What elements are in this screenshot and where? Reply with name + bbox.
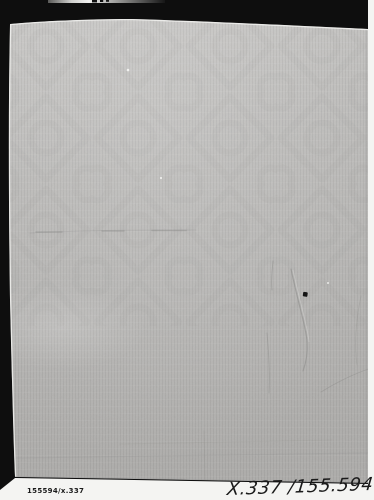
textile-photo	[0, 0, 374, 500]
ink-spot	[303, 292, 308, 297]
textile-fabric	[0, 0, 374, 500]
top-edge-mark	[106, 0, 109, 2]
photo-right-margin	[368, 0, 374, 500]
white-fleck	[327, 282, 329, 284]
top-edge-mark	[92, 0, 97, 2]
top-edge-mark	[100, 0, 103, 2]
photo-top-edge-artifact	[48, 0, 165, 3]
white-fleck	[127, 69, 130, 72]
printed-accession-label: 155594/x.337	[27, 488, 84, 495]
catalog-photo: 155594/x.337 X.337 /155.594	[0, 0, 374, 500]
white-fleck	[160, 177, 162, 179]
fabric-grain	[0, 0, 374, 500]
